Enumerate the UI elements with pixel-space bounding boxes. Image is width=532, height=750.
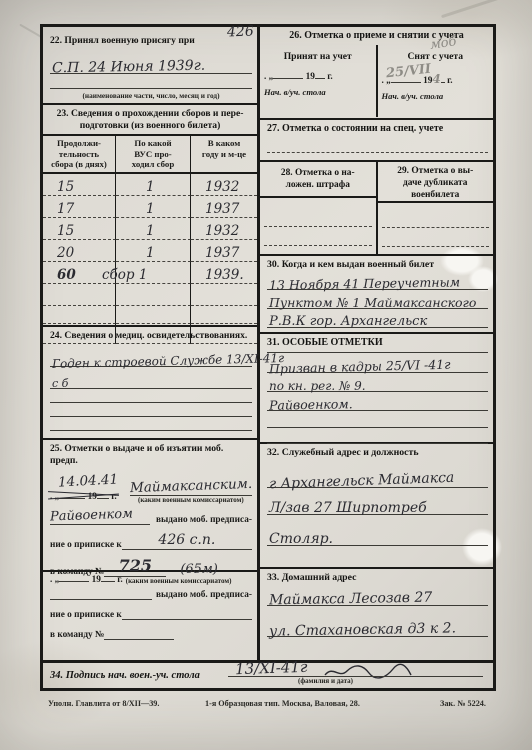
pencil-year-digit: 4 (432, 72, 440, 86)
cell-days: 20 (57, 245, 74, 261)
label-vydano-2: выдано моб. предписа- (156, 590, 252, 600)
section-25b-blank: . „ 19 г. (каким военным комиссариатом) … (43, 572, 257, 660)
hw-line: г Архангельск Маймакса (267, 459, 488, 488)
col-header-duration: Продолжи- тельность сбора (в днях) (43, 136, 116, 172)
caption-kakim-2: (каким военным комиссариатом) (126, 577, 232, 585)
scanned-document-page: 22. Принял военную присягу при 426 С.П. … (0, 0, 532, 750)
cell-year: 1932 (205, 223, 239, 239)
hw-work-3: Столяр. (269, 531, 333, 547)
hw-line: Л/зав 27 Ширпотреб (267, 488, 488, 515)
col-header-year: В каком году и м-це (191, 136, 257, 172)
cell-days: 15 (57, 179, 74, 195)
hw-work-2: Л/зав 27 Ширпотреб (269, 500, 427, 516)
hw-line: по кн. рег. № 9. (267, 373, 488, 392)
section-27-title: 27. Отметка о состоянии на спец. учете (267, 123, 488, 136)
accepted-head: Принят на учет (264, 51, 372, 63)
cell-vus: сбор 1 (102, 267, 147, 283)
hw-pripiska-unit: 426 с.п. (158, 532, 215, 548)
nach-stola-label-2: Нач. в/уч. стола (382, 91, 490, 101)
label-komanda-2: в команду № (50, 630, 104, 640)
table-row: 15 1 1932 (43, 174, 257, 196)
table-row-empty (43, 306, 257, 324)
blank-line (267, 428, 488, 444)
cell-days: 60 (57, 267, 76, 283)
hw-line: 13 Ноября 41 Переучетным (267, 271, 488, 290)
removed-head: Снят с учета (382, 51, 490, 63)
pencil-note: моб (429, 34, 457, 53)
section-27-special: 27. Отметка о состоянии на спец. учете (260, 120, 493, 162)
section-33-home-address: 33. Домашний адрес Маймакса Лесозав 27 у… (260, 569, 493, 660)
cell-year: 1939. (205, 267, 244, 283)
blank-line (267, 411, 488, 428)
table-row: 20 1 1937 (43, 240, 257, 262)
section-29-title: 29. Отметка о вы- даче дубликата военбил… (378, 164, 494, 203)
imprint-center: 1-я Образцовая тип. Москва, Валовая, 28. (205, 699, 360, 708)
blank-line (264, 227, 372, 246)
hw-medical-text-2: с б (52, 377, 68, 390)
section-29-duplicate: 29. Отметка о вы- даче дубликата военбил… (378, 162, 494, 254)
section-32-title: 32. Служебный адрес и должность (267, 447, 488, 459)
section-34-signature: 34. Подпись нач. воен.-уч. стола 13/XI-4… (43, 660, 493, 688)
right-column: 26. Отметка о приеме и снятии с учета Пр… (260, 27, 493, 660)
section-22-oath: 22. Принял военную присягу при 426 С.П. … (43, 27, 257, 105)
blank-line (50, 403, 252, 417)
cell-vus: 1 (146, 223, 155, 239)
hw-issue-3: Р.В.К гор. Архангельск (269, 314, 427, 329)
label-nie-o-pripiske: ние о приписке к (50, 540, 122, 550)
blank-line (382, 203, 490, 228)
table-row-empty (43, 284, 257, 306)
hw-line: Райвоенком. (267, 392, 488, 411)
section-28-title: 28. Отметка о на- ложен. штрафа (260, 164, 376, 198)
table-row: 15 1 1932 (43, 218, 257, 240)
section-28-29: 28. Отметка о на- ложен. штрафа 29. Отме… (260, 162, 493, 256)
hw-line: ул. Стахановская д3 к 2. (267, 606, 488, 637)
imprint-right: Зак. № 5224. (440, 699, 486, 708)
col-header-vus: По какой ВУС про- ходил сбор (116, 136, 191, 172)
section-28-fine: 28. Отметка о на- ложен. штрафа (260, 162, 378, 254)
section-31-title: 31. ОСОБЫЕ ОТМЕТКИ (267, 337, 488, 353)
section-23-title-1: 23. Сведения о прохождении сборов и пере… (43, 108, 257, 120)
section-25-title: 25. Отметки о выдаче и об изъятии моб. п… (50, 443, 252, 467)
section-31-special-notes: 31. ОСОБЫЕ ОТМЕТКИ Призван в кадры 25/VI… (260, 334, 493, 444)
section-22-title: 22. Принял военную присягу при (50, 35, 195, 46)
hw-notes-2: по кн. рег. № 9. (269, 379, 366, 393)
table-row: 17 1 1937 (43, 196, 257, 218)
hw-line: Р.В.К гор. Архангельск (267, 309, 488, 328)
blank-line (50, 74, 252, 89)
cell-days: 17 (57, 201, 74, 217)
table-header-row: Продолжи- тельность сбора (в днях) По ка… (43, 134, 257, 174)
military-registration-form: 22. Принял военную присягу при 426 С.П. … (40, 24, 496, 691)
blank-line (264, 198, 372, 227)
left-column: 22. Принял военную присягу при 426 С.П. … (43, 27, 260, 660)
hw-line: Пунктом № 1 Маймаксанского (267, 290, 488, 309)
cell-year: 1937 (205, 201, 239, 217)
section-32-work-address: 32. Служебный адрес и должность г Арханг… (260, 444, 493, 569)
cell-year: 1932 (205, 179, 239, 195)
imprint-left: Уполн. Главлита от 8/XII—39. (48, 699, 159, 708)
section-24-title: 24. Сведения о медиц. освидетельствовани… (50, 330, 252, 342)
section-34-label: 34. Подпись нач. воен.-уч. стола (50, 669, 200, 682)
hw-home-2: ул. Стахановская д3 к 2. (269, 621, 456, 640)
blank-line (50, 417, 252, 431)
nach-stola-label: Нач. в/уч. стола (264, 87, 372, 97)
removed-subbox: моб Снят с учета 25/VII . „ 194 г. Нач. … (378, 45, 494, 117)
section-23-training: 23. Сведения о прохождении сборов и пере… (43, 105, 257, 327)
section-30-ticket-issue: 30. Когда и кем выдан военный билет 13 Н… (260, 256, 493, 334)
hw-commissariat: Маймаксанским. (130, 476, 253, 496)
section-24-medical: 24. Сведения о медиц. освидетельствовани… (43, 327, 257, 440)
hw-notes-3: Райвоенком. (269, 396, 353, 412)
label-vydano: выдано моб. предписа- (156, 515, 252, 525)
blank-line (50, 389, 252, 403)
section-33-title: 33. Домашний адрес (267, 572, 488, 584)
hw-rayvoenkom: Райвоенком (50, 507, 133, 525)
section-30-title: 30. Когда и кем выдан военный билет (267, 259, 488, 271)
hw-line: Столяр. (267, 515, 488, 546)
label-nie-o-pripiske-2: ние о приписке к (50, 610, 122, 620)
table-row: 60 сбор 1 1939. (43, 262, 257, 284)
section-22-caption: (наименование части, число, месяц и год) (50, 91, 252, 100)
section-23-title-2: подготовки (из военного билета) (43, 120, 257, 132)
blank-line (267, 136, 488, 153)
hw-medical-line: Годен к строевой Службе 13/XI-41г (50, 345, 252, 367)
pencil-smudge (441, 0, 499, 18)
accepted-subbox: Принят на учет . „ 19 г. Нач. в/уч. стол… (260, 45, 378, 117)
hw-oath-line: С.П. 24 Июня 1939г. (50, 52, 252, 74)
cell-year: 1937 (205, 245, 239, 261)
hw-line: Призван в кадры 25/VI -41г (267, 353, 488, 373)
section-25-mobilization: 25. Отметки о выдаче и об изъятии моб. п… (43, 440, 257, 572)
hw-line: Маймакса Лесозав 27 (267, 584, 488, 606)
cell-vus: 1 (146, 179, 155, 195)
cell-vus: 1 (146, 245, 155, 261)
hw-oath-text: С.П. 24 Июня 1939г. (52, 58, 205, 77)
hw-unit-number: 426 (227, 24, 254, 41)
hw-medical-line: с б (50, 367, 252, 389)
cell-vus: 1 (146, 201, 155, 217)
hw-issue-2: Пунктом № 1 Маймаксанского (269, 295, 476, 310)
section-26-title: 26. Отметка о приеме и снятии с учета (260, 30, 493, 43)
section-34-caption: (фамилия и дата) (298, 677, 353, 685)
signature-rule (228, 675, 483, 677)
blank-line (382, 228, 490, 247)
caption-kakim: (каким военным комиссариатом) (130, 496, 252, 504)
struck-printed-dateline: . „ 19 г. (50, 486, 117, 504)
cell-days: 15 (57, 223, 74, 239)
section-26-registration: 26. Отметка о приеме и снятии с учета Пр… (260, 27, 493, 120)
